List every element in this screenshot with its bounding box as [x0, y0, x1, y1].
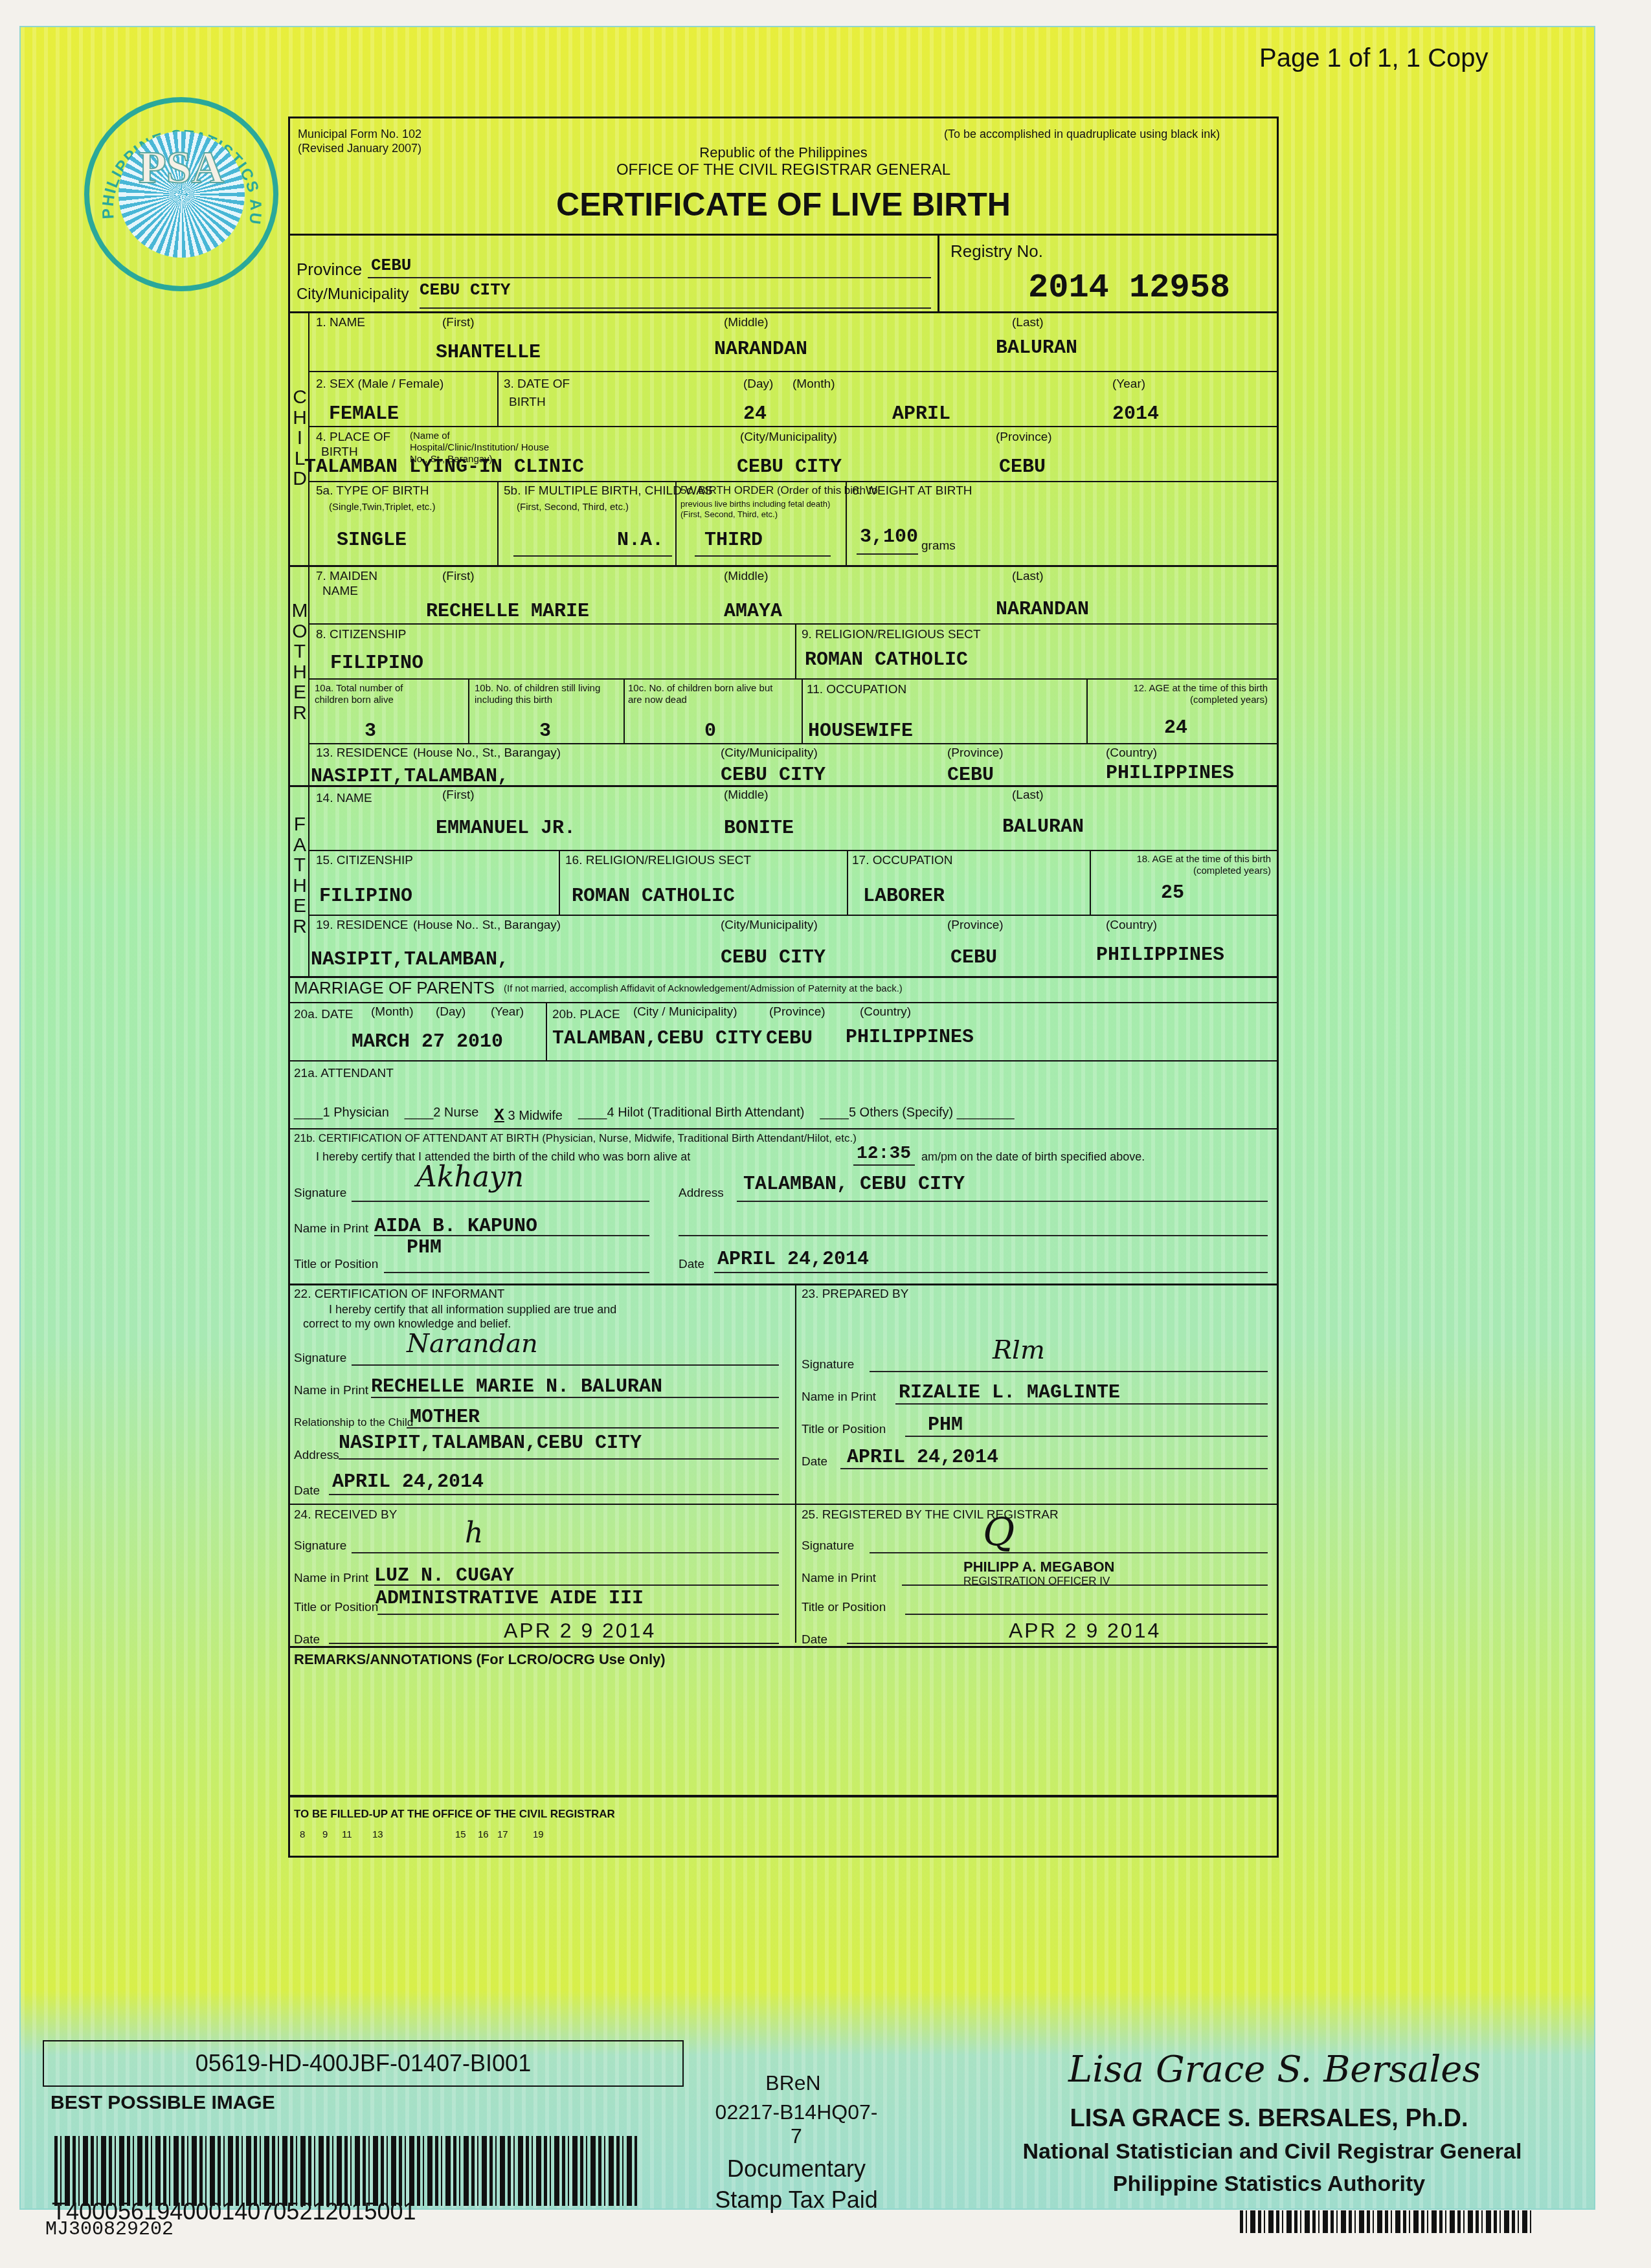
prepared-date: APRIL 24,2014	[847, 1447, 998, 1469]
bren-number: 02217-B14HQ07-7	[712, 2100, 881, 2148]
received-title-label: Title or Position	[294, 1601, 378, 1615]
office-col-9: 9	[322, 1829, 328, 1841]
mother-dead-children: 0	[704, 720, 716, 742]
dob-label-2: BIRTH	[509, 395, 546, 410]
attendant-option-hilot[interactable]: ____4 Hilot (Traditional Birth Attendant…	[578, 1106, 804, 1125]
mother-name-label: 7. MAIDEN	[316, 570, 377, 584]
serial-number: MJ300829202	[45, 2219, 174, 2241]
province-value: CEBU	[371, 256, 411, 275]
office-col-19: 19	[533, 1829, 544, 1841]
official-name: LISA GRACE S. BERSALES, Ph.D.	[1036, 2105, 1502, 2133]
mother-res-city: CEBU CITY	[721, 764, 825, 786]
informant-date-label: Date	[294, 1484, 320, 1498]
province-label: Province	[297, 260, 362, 280]
child-sex: FEMALE	[329, 403, 399, 425]
mother-res-street: NASIPIT,TALAMBAN,	[311, 766, 509, 788]
registered-name: PHILIPP A. MEGABON	[963, 1559, 1114, 1575]
remarks-label: REMARKS/ANNOTATIONS (For LCRO/OCRG Use O…	[294, 1651, 666, 1668]
office-use-label: TO BE FILLED-UP AT THE OFFICE OF THE CIV…	[294, 1808, 615, 1821]
office-col-16: 16	[478, 1829, 489, 1841]
marriage-hint: (If not married, accomplish Affidavit of…	[504, 983, 903, 995]
received-title: ADMINISTRATIVE AIDE III	[376, 1588, 644, 1610]
father-religion-label: 16. RELIGION/RELIGIOUS SECT	[565, 854, 751, 868]
informant-relationship: MOTHER	[410, 1406, 480, 1429]
registered-title: REGISTRATION OFFICER IV	[963, 1575, 1110, 1588]
weight-label: 6. WEIGHT AT BIRTH	[852, 484, 972, 498]
last-label: (Last)	[1012, 316, 1044, 330]
father-last-name: BALURAN	[1002, 816, 1084, 838]
father-res-province: CEBU	[950, 947, 997, 969]
child-last-name: BALURAN	[996, 337, 1077, 359]
mother-last-label: (Last)	[1012, 570, 1044, 584]
registry-number: 2014 12958	[1028, 269, 1230, 307]
mother-res-province: CEBU	[947, 764, 994, 786]
prepared-date-label: Date	[802, 1455, 827, 1469]
registered-date-stamp: APR 2 9 2014	[1009, 1619, 1161, 1643]
mother-citizenship: FILIPINO	[330, 652, 423, 674]
stamp-tax-line2: Stamp Tax Paid	[712, 2186, 881, 2214]
attendant-options: ____1 Physician ____2 Nurse X 3 Midwife …	[294, 1106, 1015, 1125]
pob-province-label: (Province)	[996, 430, 1052, 445]
mother-total-children: 3	[365, 720, 376, 742]
attendant-label: 21a. ATTENDANT	[294, 1067, 394, 1081]
received-date-stamp: APR 2 9 2014	[504, 1619, 656, 1643]
child-birth-year: 2014	[1112, 403, 1159, 425]
prepared-title: PHM	[928, 1414, 963, 1436]
mother-citizenship-label: 8. CITIZENSHIP	[316, 628, 406, 642]
mother-age-label: 12. AGE at the time of this birth (compl…	[1093, 683, 1268, 706]
marriage-place-city: TALAMBAN,CEBU CITY	[552, 1028, 762, 1050]
office-col-13: 13	[372, 1829, 383, 1841]
office-col-8: 8	[300, 1829, 305, 1841]
informant-signature: Narandan	[407, 1329, 538, 1359]
mother-occupation: HOUSEWIFE	[808, 720, 913, 742]
child-name-label: 1. NAME	[316, 316, 365, 330]
registered-title-label: Title or Position	[802, 1601, 886, 1615]
mother-middle-label: (Middle)	[724, 570, 769, 584]
father-middle-label: (Middle)	[724, 788, 769, 803]
marriage-place-country: PHILIPPINES	[846, 1027, 974, 1049]
attendant-date: APRIL 24,2014	[717, 1249, 869, 1271]
child-weight: 3,100	[860, 526, 918, 548]
father-age: 25	[1161, 882, 1184, 904]
birth-type-hint: (Single,Twin,Triplet, etc.)	[329, 502, 436, 513]
month-label: (Month)	[792, 377, 835, 392]
father-last-label: (Last)	[1012, 788, 1044, 803]
mother-res-country-label: (Country)	[1106, 746, 1157, 761]
father-res-country: PHILIPPINES	[1096, 944, 1224, 966]
marriage-place-label: 20b. PLACE	[552, 1008, 620, 1022]
father-name-label: 14. NAME	[316, 792, 372, 806]
informant-relationship-label: Relationship to the Child	[294, 1416, 413, 1429]
father-res-city-label: (City/Municipality)	[721, 918, 818, 933]
office-col-15: 15	[455, 1829, 466, 1841]
stamp-tax-line1: Documentary	[712, 2155, 881, 2183]
control-number: 05619-HD-400JBF-01407-BI001	[43, 2040, 684, 2087]
page-title: CERTIFICATE OF LIVE BIRTH	[290, 186, 1277, 223]
prepared-signature-label: Signature	[802, 1358, 854, 1372]
section-mother: MOTHER	[290, 601, 309, 723]
attendant-cert-label: 21b. CERTIFICATION OF ATTENDANT AT BIRTH…	[294, 1132, 857, 1145]
attendant-signature: Akhayn	[416, 1161, 524, 1194]
child-birth-day: 24	[743, 403, 767, 425]
registered-date-label: Date	[802, 1633, 827, 1647]
dead-children-label: 10c. No. of children born alive but are …	[628, 683, 777, 706]
mother-name-label-2: NAME	[322, 584, 358, 599]
marriage-province-label: (Province)	[769, 1005, 825, 1019]
official-title: National Statistician and Civil Registra…	[1010, 2139, 1534, 2164]
father-citizenship: FILIPINO	[319, 885, 412, 907]
city-label: City/Municipality	[297, 285, 409, 304]
attendant-address-label: Address	[679, 1186, 724, 1201]
received-date-label: Date	[294, 1633, 320, 1647]
mother-res-city-label: (City/Municipality)	[721, 746, 818, 761]
barcode-icon	[54, 2136, 637, 2206]
mother-middle-name: AMAYA	[724, 601, 782, 623]
informant-date: APRIL 24,2014	[332, 1471, 484, 1493]
father-first-label: (First)	[442, 788, 475, 803]
marriage-day-label: (Day)	[436, 1005, 466, 1019]
registered-signature: Q	[983, 1510, 1015, 1555]
marriage-date-label: 20a. DATE	[294, 1008, 354, 1022]
attendant-title-label: Title or Position	[294, 1258, 378, 1272]
marriage-date: MARCH 27 2010	[352, 1031, 503, 1053]
mother-residence-label: 13. RESIDENCE	[316, 746, 409, 761]
father-res-country-label: (Country)	[1106, 918, 1157, 933]
seal-monogram: PSA	[89, 142, 273, 194]
prepared-name: RIZALIE L. MAGLINTE	[899, 1382, 1120, 1404]
mother-religion: ROMAN CATHOLIC	[805, 649, 968, 671]
informant-name-label: Name in Print	[294, 1384, 368, 1398]
father-citizenship-label: 15. CITIZENSHIP	[316, 854, 413, 868]
official-signature: Lisa Grace S. Bersales	[1068, 2049, 1481, 2091]
pob-label: 4. PLACE OF	[316, 430, 390, 445]
marriage-month-label: (Month)	[371, 1005, 413, 1019]
best-possible-image: BEST POSSIBLE IMAGE	[51, 2092, 275, 2114]
pob-city-label: (City/Municipality)	[740, 430, 837, 445]
attendant-signature-label: Signature	[294, 1186, 346, 1201]
father-age-label: 18. AGE at the time of this birth (compl…	[1096, 854, 1271, 877]
office-label: OFFICE OF THE CIVIL REGISTRAR GENERAL	[290, 161, 1277, 179]
child-pob-province: CEBU	[999, 456, 1046, 478]
mother-age: 24	[1164, 717, 1187, 739]
received-by-label: 24. RECEIVED BY	[294, 1508, 397, 1522]
informant-address-label: Address	[294, 1449, 339, 1463]
informant-signature-label: Signature	[294, 1351, 346, 1366]
attendant-name: AIDA B. KAPUNO	[374, 1216, 537, 1238]
mother-last-name: NARANDAN	[996, 599, 1089, 621]
bren-label: BReN	[745, 2071, 842, 2095]
attendant-title: PHM	[407, 1237, 442, 1259]
informant-label: 22. CERTIFICATION OF INFORMANT	[294, 1287, 504, 1302]
dob-label: 3. DATE OF	[504, 377, 570, 392]
birth-type-label: 5a. TYPE OF BIRTH	[316, 484, 429, 498]
prepared-name-label: Name in Print	[802, 1390, 876, 1405]
received-signature: h	[465, 1517, 483, 1550]
father-res-province-label: (Province)	[947, 918, 1004, 933]
day-label: (Day)	[743, 377, 773, 392]
prepared-by-label: 23. PREPARED BY	[802, 1287, 908, 1302]
attendant-option-midwife[interactable]: X 3 Midwife	[494, 1106, 563, 1125]
prepared-signature: Rlm	[993, 1335, 1045, 1365]
child-birth-order: THIRD	[704, 529, 763, 551]
living-children-label: 10b. No. of children still living includ…	[475, 683, 617, 706]
attendant-address: TALAMBAN, CEBU CITY	[743, 1173, 965, 1195]
attendant-option-nurse[interactable]: ____2 Nurse	[405, 1106, 479, 1125]
section-father: FATHER	[290, 814, 309, 937]
official-org: Philippine Statistics Authority	[1036, 2172, 1502, 2197]
total-children-label: 10a. Total number of children born alive	[315, 683, 431, 706]
informant-name: RECHELLE MARIE N. BALURAN	[371, 1376, 662, 1398]
mother-religion-label: 9. RELIGION/RELIGIOUS SECT	[802, 628, 981, 642]
mother-residence-hint: (House No., St., Barangay)	[413, 746, 561, 761]
form-instruction: (To be accomplished in quadruplicate usi…	[944, 128, 1220, 142]
mother-res-country: PHILIPPINES	[1106, 762, 1234, 784]
multiple-birth-hint: (First, Second, Third, etc.)	[517, 502, 629, 513]
informant-text: I hereby certify that all information su…	[303, 1303, 627, 1331]
attendant-option-physician[interactable]: ____1 Physician	[294, 1106, 389, 1125]
father-first-name: EMMANUEL JR.	[436, 817, 576, 839]
child-middle-name: NARANDAN	[714, 339, 807, 361]
mother-occupation-label: 11. OCCUPATION	[807, 683, 906, 697]
attendant-name-label: Name in Print	[294, 1222, 368, 1236]
mother-res-province-label: (Province)	[947, 746, 1004, 761]
child-pob-place: TALAMBAN LYING-IN CLINIC	[304, 456, 584, 478]
received-name: LUZ N. CUGAY	[374, 1565, 514, 1587]
mother-first-label: (First)	[442, 570, 475, 584]
registry-label: Registry No.	[950, 241, 1043, 261]
psa-seal: PHILIPPINE STATISTICS AUTHORITY PSA	[84, 97, 278, 291]
child-birth-month: APRIL	[892, 403, 950, 425]
registered-name-label: Name in Print	[802, 1572, 876, 1586]
city-value: CEBU CITY	[420, 280, 510, 300]
birth-order-hint: previous live births including fetal dea…	[680, 499, 836, 519]
registered-signature-label: Signature	[802, 1539, 854, 1553]
father-religion: ROMAN CATHOLIC	[572, 885, 735, 907]
child-first-name: SHANTELLE	[436, 342, 541, 364]
birth-order-label: 5c. BIRTH ORDER (Order of this birth to	[680, 484, 878, 497]
year-label: (Year)	[1112, 377, 1145, 392]
office-col-11: 11	[342, 1829, 352, 1841]
first-label: (First)	[442, 316, 475, 330]
child-birth-type: SINGLE	[337, 529, 407, 551]
marriage-place-province: CEBU	[766, 1028, 813, 1050]
marriage-year-label: (Year)	[491, 1005, 524, 1019]
security-barcode-icon	[1240, 2210, 1531, 2233]
attendant-selected-mark: X	[494, 1106, 504, 1125]
birth-time: 12:35	[857, 1144, 911, 1164]
weight-unit: grams	[921, 539, 956, 553]
prepared-title-label: Title or Position	[802, 1423, 886, 1437]
page-info: Page 1 of 1, 1 Copy	[1259, 44, 1488, 73]
marriage-country-label: (Country)	[860, 1005, 911, 1019]
marriage-city-label: (City / Municipality)	[633, 1005, 737, 1019]
republic-label: Republic of the Philippines	[290, 144, 1277, 161]
father-res-street: NASIPIT,TALAMBAN,	[311, 949, 509, 971]
father-occupation: LABORER	[863, 885, 945, 907]
mother-first-name: RECHELLE MARIE	[426, 601, 589, 623]
received-name-label: Name in Print	[294, 1572, 368, 1586]
father-middle-name: BONITE	[724, 817, 794, 839]
father-occupation-label: 17. OCCUPATION	[852, 854, 953, 868]
father-residence-hint: (House No.. St., Barangay)	[413, 918, 561, 933]
form-number: Municipal Form No. 102	[298, 128, 421, 142]
birth-certificate-form: Municipal Form No. 102 (Revised January …	[288, 117, 1279, 1858]
father-res-city: CEBU CITY	[721, 947, 825, 969]
attendant-cert-text-2: am/pm on the date of birth specified abo…	[921, 1150, 1145, 1164]
middle-label: (Middle)	[724, 316, 769, 330]
received-signature-label: Signature	[294, 1539, 346, 1553]
attendant-option-others[interactable]: ____5 Others (Specify) ________	[820, 1106, 1014, 1125]
informant-address: NASIPIT,TALAMBAN,CEBU CITY	[339, 1432, 642, 1454]
marriage-label: MARRIAGE OF PARENTS	[294, 978, 495, 998]
attendant-date-label: Date	[679, 1258, 704, 1272]
office-col-17: 17	[497, 1829, 508, 1841]
father-residence-label: 19. RESIDENCE	[316, 918, 409, 933]
mother-living-children: 3	[539, 720, 551, 742]
child-multiple-birth: N.A.	[617, 529, 664, 551]
sex-label: 2. SEX (Male / Female)	[316, 377, 444, 392]
child-pob-city: CEBU CITY	[737, 456, 842, 478]
registered-by-label: 25. REGISTERED BY THE CIVIL REGISTRAR	[802, 1508, 1059, 1522]
